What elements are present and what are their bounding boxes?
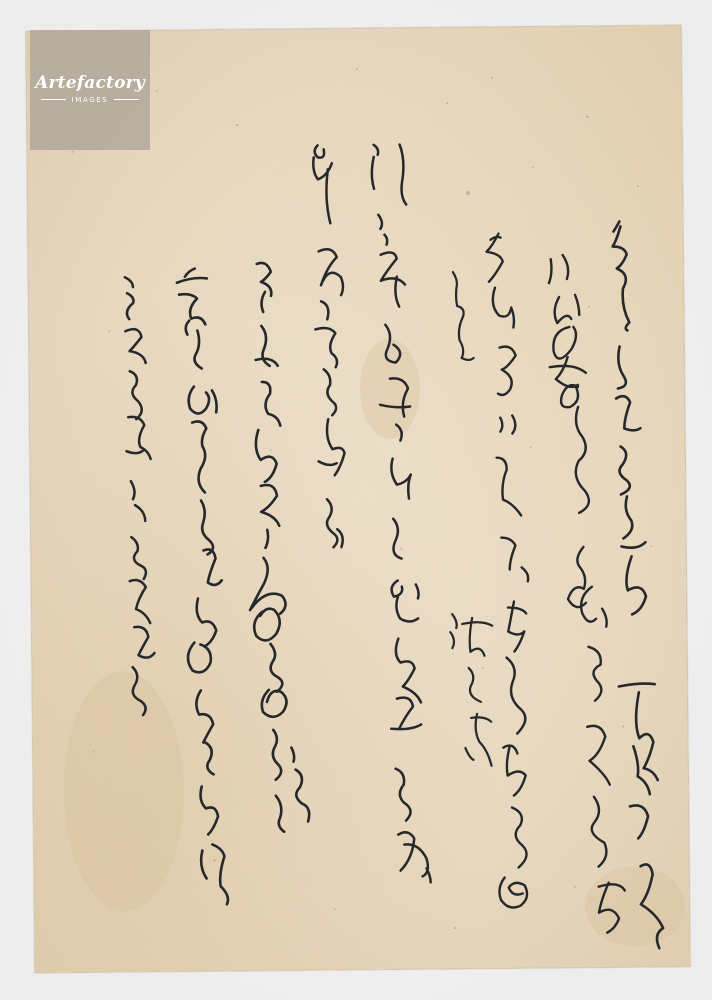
watermark-logo: Artefactory IMAGES <box>30 30 150 150</box>
calligraphy-column-1 <box>612 221 663 948</box>
watermark-rule-right <box>114 99 139 100</box>
calligraphy-column-9 <box>177 268 228 904</box>
watermark-brand: Artefactory <box>35 73 145 93</box>
watermark-rule-left <box>41 99 66 100</box>
calligraphy-column-10 <box>125 277 155 715</box>
watermark-label: IMAGES <box>72 96 109 104</box>
watermark-subtitle: IMAGES <box>41 96 140 104</box>
calligraphy-column-7 <box>313 145 345 547</box>
calligraphy-column-5 <box>450 614 493 766</box>
calligraphy-text <box>27 26 690 972</box>
calligraphy-column-2 <box>549 254 626 933</box>
calligraphy-column-4 <box>453 272 474 360</box>
calligraphy-column-8 <box>247 263 310 833</box>
manuscript-paper <box>25 25 690 973</box>
calligraphy-column-3 <box>486 233 531 907</box>
calligraphy-column-6 <box>372 144 431 882</box>
